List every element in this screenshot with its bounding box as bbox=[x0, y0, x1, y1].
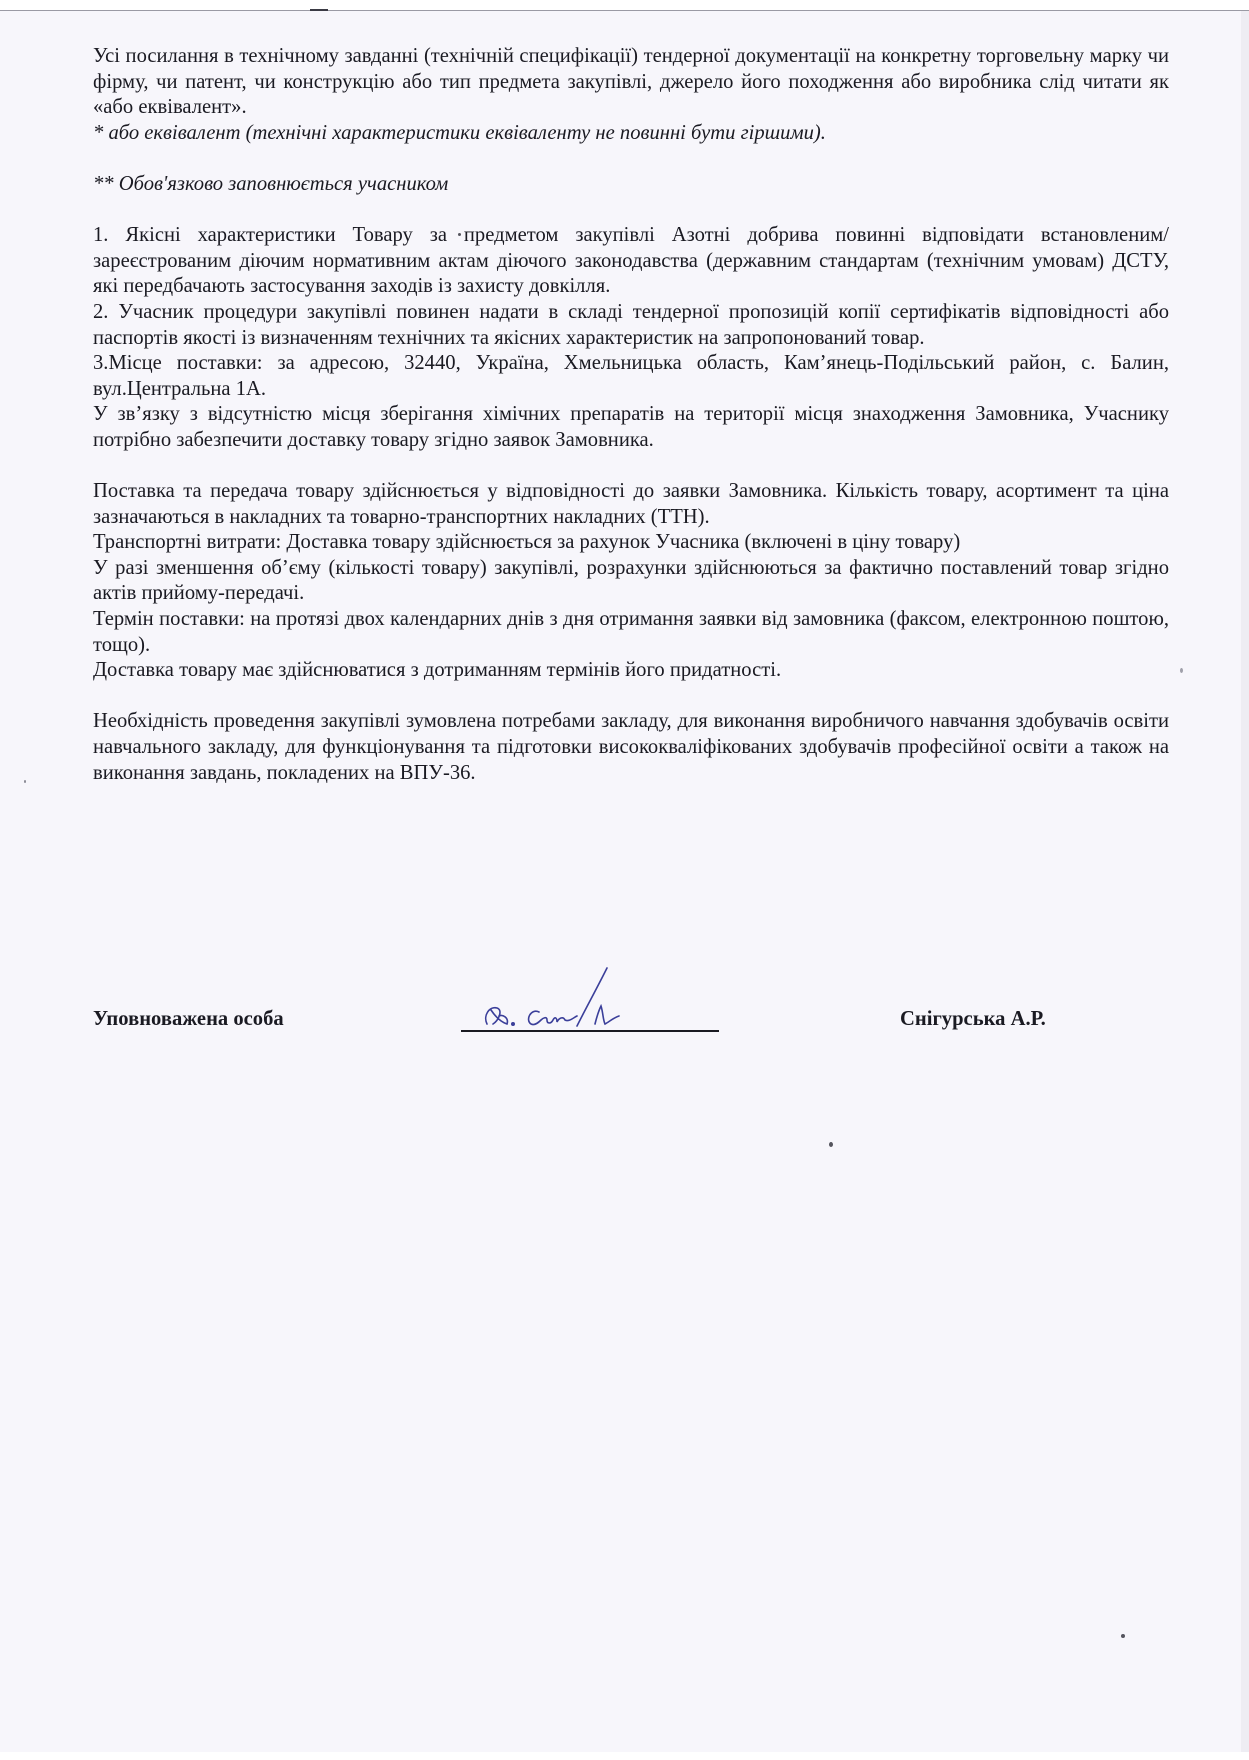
scan-speck bbox=[1121, 1634, 1125, 1638]
signatory-name: Снігурська А.Р. bbox=[900, 1008, 1046, 1031]
spacer bbox=[93, 454, 1169, 480]
delivery-term-paragraph: Термін поставки: на протязі двох календа… bbox=[93, 607, 1169, 658]
scan-speck bbox=[458, 233, 461, 236]
signature-block: Уповноважена особа Снігурська А.Р. bbox=[93, 1008, 1169, 1038]
expiry-note-paragraph: Доставка товару має здійснюватися з дотр… bbox=[93, 658, 1169, 684]
equivalent-note-paragraph: Усі посилання в технічному завданні (тех… bbox=[93, 44, 1169, 121]
transport-costs-paragraph: Транспортні витрати: Доставка товару зді… bbox=[93, 530, 1169, 556]
storage-note-paragraph: У зв’язку з відсутністю місця зберігання… bbox=[93, 402, 1169, 453]
spacer bbox=[93, 146, 1169, 172]
scan-speck bbox=[1180, 668, 1183, 673]
scan-speck bbox=[24, 780, 26, 783]
scan-top-edge bbox=[0, 0, 1249, 11]
handwritten-signature-icon bbox=[473, 966, 673, 1036]
delivery-transfer-paragraph: Поставка та передача товару здійснюється… bbox=[93, 479, 1169, 530]
requirement-item-3: 3.Місце поставки: за адресою, 32440, Укр… bbox=[93, 351, 1169, 402]
scan-speck bbox=[829, 1142, 833, 1147]
requirement-item-1: 1. Якісні характеристики Товару за предм… bbox=[93, 223, 1169, 300]
document-body: Усі посилання в технічному завданні (тех… bbox=[93, 44, 1169, 786]
spacer bbox=[93, 198, 1169, 224]
volume-reduction-paragraph: У разі зменшення об’єму (кількості товар… bbox=[93, 556, 1169, 607]
requirement-item-2: 2. Учасник процедури закупівлі повинен н… bbox=[93, 300, 1169, 351]
equivalent-footnote: * або еквівалент (технічні характеристик… bbox=[93, 121, 1169, 147]
scan-bottom-edge bbox=[0, 1752, 1249, 1760]
authorized-person-label: Уповноважена особа bbox=[93, 1008, 284, 1031]
spacer bbox=[93, 684, 1169, 710]
mandatory-footnote: ** Обов'язково заповнюється учасником bbox=[93, 172, 1169, 198]
necessity-paragraph: Необхідність проведення закупівлі зумовл… bbox=[93, 709, 1169, 786]
scan-right-edge bbox=[1241, 11, 1249, 1760]
